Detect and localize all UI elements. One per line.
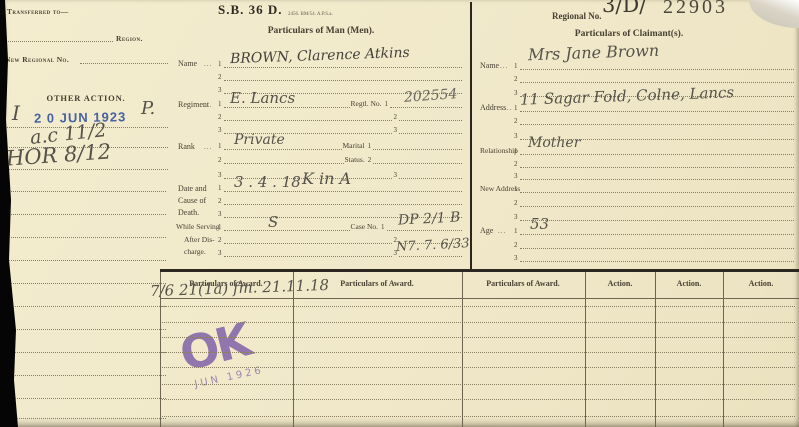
column-divider bbox=[160, 272, 161, 427]
death-label-line2: Cause of bbox=[178, 196, 206, 205]
dotted-line bbox=[4, 352, 166, 353]
after-discharge-label-line2: charge. bbox=[184, 247, 206, 256]
age-value: 53 bbox=[530, 217, 549, 232]
table-top-rule bbox=[160, 269, 799, 272]
form-line: 2Status.2 bbox=[218, 154, 462, 164]
award-header-3: Particulars of Award. bbox=[486, 279, 559, 288]
line-number: 1 bbox=[218, 101, 222, 108]
column-divider bbox=[462, 272, 463, 427]
scanned-record-card-viewport: Transferred to— Region. New Regional No.… bbox=[0, 0, 799, 427]
form-line: 2 bbox=[514, 239, 794, 249]
record-card: Transferred to— Region. New Regional No.… bbox=[0, 0, 799, 427]
line-number: 1 bbox=[514, 105, 518, 112]
award-entry-value: 7/6 21(1a) fm. 21.11.18 bbox=[150, 278, 329, 299]
line-number: 3 bbox=[218, 211, 222, 218]
line-number: 1 bbox=[368, 143, 372, 150]
line-number: 3 bbox=[514, 173, 518, 180]
dotted-line bbox=[5, 41, 113, 42]
dotted-line bbox=[162, 367, 795, 368]
printer-code: 2456. BM/54. A.P.S.a. bbox=[288, 10, 333, 19]
page-corner-fold bbox=[749, 0, 799, 28]
marital-label: Marital bbox=[343, 142, 365, 150]
regtl-no-value: 202554 bbox=[404, 87, 458, 105]
case-no-label: Case No. bbox=[351, 223, 379, 231]
dotted-line bbox=[162, 352, 795, 353]
form-line: 22 bbox=[218, 111, 462, 121]
regional-no-label: Regional No. bbox=[552, 12, 602, 21]
line-number: 3 bbox=[514, 255, 518, 262]
handwritten-mark: I bbox=[12, 103, 20, 123]
line-number: 3 bbox=[514, 90, 518, 97]
dotted-line bbox=[4, 375, 166, 376]
leader-dots: ... bbox=[204, 101, 212, 109]
age-label: Age bbox=[480, 226, 493, 235]
dotted-line bbox=[162, 322, 795, 323]
form-line: 2 bbox=[218, 71, 462, 81]
man-name-label: Name bbox=[178, 59, 197, 68]
line-number: 1 bbox=[218, 61, 222, 68]
line-number: 1 bbox=[514, 63, 518, 70]
line-number: 3 bbox=[218, 87, 222, 94]
region-label: Region. bbox=[116, 34, 143, 43]
dotted-line bbox=[162, 416, 795, 417]
column-divider bbox=[723, 272, 724, 427]
leader-dots: ... bbox=[500, 62, 508, 70]
line-number: 3 bbox=[218, 250, 222, 257]
line-number: 3 bbox=[514, 133, 518, 140]
dotted-line bbox=[4, 237, 166, 238]
line-number: 3 bbox=[394, 127, 398, 134]
dotted-line bbox=[4, 306, 166, 307]
form-line: 1 bbox=[514, 225, 794, 235]
while-serving-value: S bbox=[268, 215, 278, 230]
award-header-2: Particulars of Award. bbox=[340, 279, 413, 288]
case-line3-value: N7. 7. 6/33 bbox=[396, 237, 470, 254]
death-date-value: 3 . 4 . 18 bbox=[234, 175, 301, 190]
form-line: 2 bbox=[218, 195, 462, 205]
line-number: 2 bbox=[218, 157, 222, 164]
relationship-label: Relationship bbox=[480, 146, 518, 155]
form-line: 3 bbox=[514, 170, 794, 180]
action-header-2: Action. bbox=[677, 279, 702, 288]
dotted-line bbox=[162, 306, 795, 307]
dotted-line bbox=[4, 260, 166, 261]
dotted-line bbox=[4, 418, 166, 419]
line-number: 2 bbox=[514, 118, 518, 125]
line-number: 3 bbox=[394, 172, 398, 179]
dotted-line bbox=[4, 214, 166, 215]
line-number: 2 bbox=[514, 76, 518, 83]
while-serving-label: While Serving bbox=[176, 222, 220, 231]
dotted-line bbox=[162, 399, 795, 400]
claimant-name-label: Name bbox=[480, 61, 499, 70]
line-number: 1 bbox=[514, 186, 518, 193]
claimant-section-title: Particulars of Claimant(s). bbox=[474, 30, 784, 39]
line-number: 1 bbox=[218, 224, 222, 231]
line-number: 3 bbox=[218, 172, 222, 179]
dotted-line bbox=[80, 63, 168, 64]
column-divider bbox=[293, 272, 294, 427]
regiment-value: E. Lancs bbox=[230, 91, 295, 106]
death-label-line3: Death. bbox=[178, 208, 199, 217]
line-number: 1 bbox=[514, 148, 518, 155]
form-line: 3 bbox=[514, 252, 794, 262]
line-number: 1 bbox=[385, 101, 389, 108]
dotted-line bbox=[4, 191, 166, 192]
form-number: S.B. 36 D. bbox=[218, 5, 283, 14]
form-line: 3 bbox=[514, 211, 794, 221]
regional-no-value: 22903 bbox=[663, 3, 728, 12]
rank-value: Private bbox=[234, 133, 285, 147]
leader-dots: ... bbox=[204, 60, 212, 68]
man-section-title: Particulars of Man (Men). bbox=[172, 27, 470, 36]
action-header-1: Action. bbox=[608, 279, 633, 288]
line-number: 2 bbox=[394, 114, 398, 121]
status-label: Status. bbox=[345, 156, 365, 164]
rank-label: Rank bbox=[178, 142, 195, 151]
leader-dots: ... bbox=[498, 227, 506, 235]
table-header-rule bbox=[160, 298, 799, 299]
form-line: 2 bbox=[514, 158, 794, 168]
dotted-line bbox=[162, 337, 795, 338]
panel-divider bbox=[470, 2, 472, 270]
column-divider bbox=[655, 272, 656, 427]
line-number: 2 bbox=[368, 157, 372, 164]
claimant-address-label: Address bbox=[480, 103, 506, 112]
line-number: 3 bbox=[218, 127, 222, 134]
dotted-line bbox=[4, 398, 166, 399]
column-divider bbox=[585, 272, 586, 427]
line-number: 2 bbox=[514, 200, 518, 207]
line-number: 1 bbox=[218, 143, 222, 150]
dotted-line bbox=[162, 384, 795, 385]
action-header-3: Action. bbox=[749, 279, 774, 288]
line-number: 2 bbox=[218, 74, 222, 81]
dotted-line bbox=[4, 169, 168, 170]
line-number: 3 bbox=[514, 214, 518, 221]
line-number: 1 bbox=[381, 224, 385, 231]
form-line: 2 bbox=[514, 197, 794, 207]
form-line: 1 bbox=[514, 183, 794, 193]
form-line: 2 bbox=[514, 115, 794, 125]
regtl-no-label: Regtl. No. bbox=[351, 100, 382, 108]
handwritten-note-2: HOR 8/12 bbox=[5, 141, 111, 169]
transferred-to-label: Transferred to— bbox=[7, 7, 69, 16]
death-cause-value: K in A bbox=[302, 171, 351, 187]
dotted-line bbox=[4, 329, 166, 330]
new-regional-no-label: New Regional No. bbox=[5, 55, 69, 64]
relationship-value: Mother bbox=[528, 136, 580, 150]
after-discharge-label-line1: After Dis- bbox=[184, 235, 215, 244]
regional-no-prefix: 3/D/ bbox=[602, 1, 646, 10]
line-number: 2 bbox=[218, 237, 222, 244]
death-label-line1: Date and bbox=[178, 184, 207, 193]
line-number: 2 bbox=[514, 242, 518, 249]
form-line: 2 bbox=[514, 73, 794, 83]
claimant-name-value: Mrs Jane Brown bbox=[528, 43, 660, 64]
line-number: 2 bbox=[218, 114, 222, 121]
leader-dots: ... bbox=[504, 104, 512, 112]
line-number: 2 bbox=[514, 161, 518, 168]
line-number: 2 bbox=[218, 198, 222, 205]
line-number: 1 bbox=[218, 185, 222, 192]
dotted-line bbox=[4, 283, 166, 284]
handwritten-p: P. bbox=[141, 100, 155, 118]
leader-dots: ... bbox=[204, 143, 212, 151]
case-no-value: DP 2/1 B bbox=[398, 210, 461, 227]
line-number: 1 bbox=[514, 228, 518, 235]
